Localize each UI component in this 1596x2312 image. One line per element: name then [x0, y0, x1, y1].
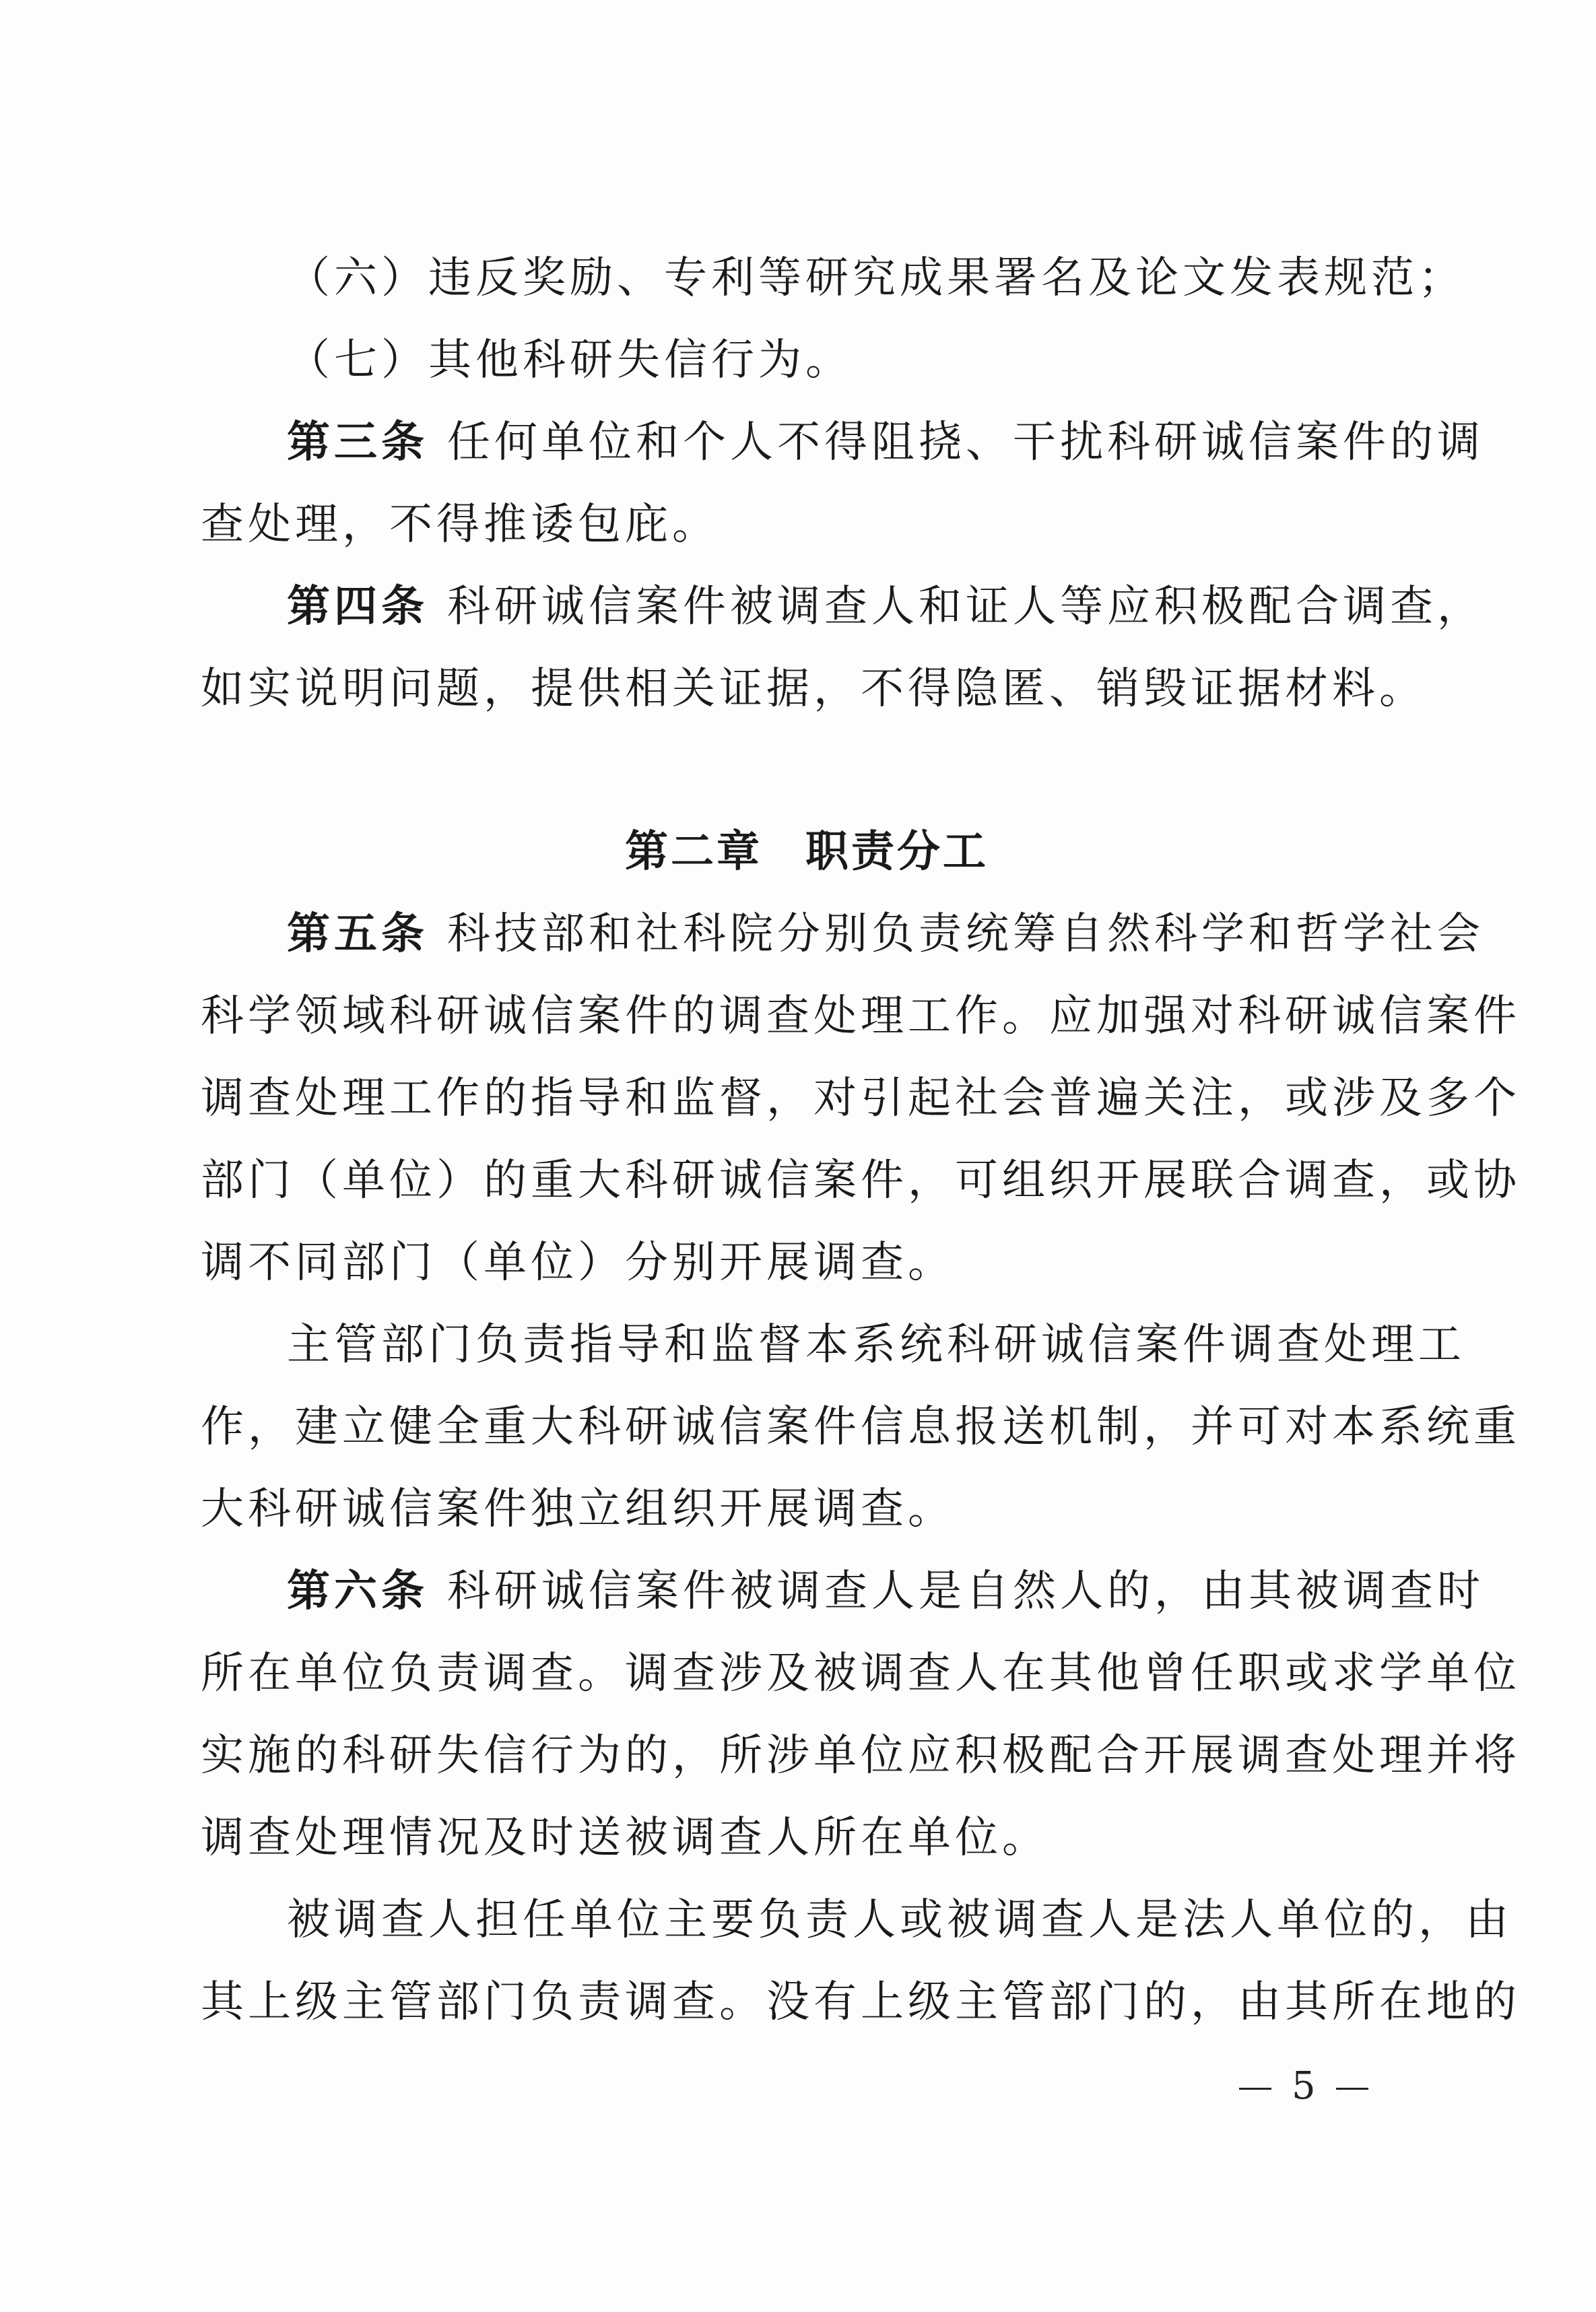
article-text: 实施的科研失信行为的，所涉单位应积极配合开展调查处理并将 [201, 1731, 1521, 1781]
list-item-7: （七）其他科研失信行为。 [201, 319, 1413, 401]
paragraph-legal-entity-line-2: 其上级主管部门负责调查。没有上级主管部门的，由其所在地的 [201, 1961, 1413, 2043]
article-label: 第五条 [287, 909, 428, 959]
article-label: 第三条 [287, 418, 428, 467]
chapter-title: 职责分工 [805, 827, 989, 877]
article-4-line-2: 如实说明问题，提供相关证据，不得隐匿、销毁证据材料。 [201, 648, 1413, 730]
article-text: 所在单位负责调查。调查涉及被调查人在其他曾任职或求学单位 [201, 1649, 1521, 1698]
article-text: 如实说明问题，提供相关证据，不得隐匿、销毁证据材料。 [201, 664, 1426, 714]
page-number: 5 [1219, 2059, 1389, 2113]
paragraph-text: 其上级主管部门负责调查。没有上级主管部门的，由其所在地的 [201, 1977, 1521, 2027]
article-text: 调不同部门（单位）分别开展调查。 [201, 1238, 955, 1288]
dash-right [1336, 2088, 1368, 2090]
article-5-line-3: 调查处理工作的指导和监督，对引起社会普遍关注，或涉及多个 [201, 1057, 1413, 1140]
article-text: 调查处理工作的指导和监督，对引起社会普遍关注，或涉及多个 [201, 1074, 1521, 1123]
chapter-number: 第二章 [625, 827, 762, 877]
article-text: 科研诚信案件被调查人和证人等应积极配合调查， [447, 582, 1484, 632]
article-label: 第四条 [287, 582, 428, 632]
paragraph-text: 作，建立健全重大科研诚信案件信息报送机制，并可对本系统重 [201, 1402, 1521, 1452]
section-spacer [201, 730, 1413, 811]
article-6-line-4: 调查处理情况及时送被调查人所在单位。 [201, 1797, 1413, 1879]
paragraph-legal-entity-line-1: 被调查人担任单位主要负责人或被调查人是法人单位的，由 [201, 1879, 1413, 1961]
page-number-value: 5 [1292, 2064, 1316, 2108]
article-text: 部门（单位）的重大科研诚信案件，可组织开展联合调查，或协 [201, 1156, 1521, 1205]
paragraph-text: 主管部门负责指导和监督本系统科研诚信案件调查处理工 [287, 1320, 1465, 1370]
list-item-6: （六）违反奖励、专利等研究成果署名及论文发表规范； [201, 237, 1413, 319]
document-page: （六）违反奖励、专利等研究成果署名及论文发表规范； （七）其他科研失信行为。 第… [0, 0, 1596, 2312]
paragraph-supervision-line-1: 主管部门负责指导和监督本系统科研诚信案件调查处理工 [201, 1304, 1413, 1386]
chapter-heading: 第二章职责分工 [201, 811, 1413, 893]
document-body: （六）违反奖励、专利等研究成果署名及论文发表规范； （七）其他科研失信行为。 第… [201, 237, 1413, 2043]
article-6-line-3: 实施的科研失信行为的，所涉单位应积极配合开展调查处理并将 [201, 1715, 1413, 1797]
article-4-line-1: 第四条科研诚信案件被调查人和证人等应积极配合调查， [201, 566, 1413, 648]
article-6-line-1: 第六条科研诚信案件被调查人是自然人的，由其被调查时 [201, 1550, 1413, 1632]
article-text: 科技部和社科院分别负责统筹自然科学和哲学社会 [447, 909, 1484, 959]
dash-left [1239, 2088, 1271, 2090]
list-item-text: （六）违反奖励、专利等研究成果署名及论文发表规范； [287, 253, 1465, 303]
paragraph-supervision-line-3: 大科研诚信案件独立组织开展调查。 [201, 1468, 1413, 1550]
article-3-line-1: 第三条任何单位和个人不得阻挠、干扰科研诚信案件的调 [201, 401, 1413, 484]
paragraph-supervision-line-2: 作，建立健全重大科研诚信案件信息报送机制，并可对本系统重 [201, 1386, 1413, 1468]
article-6-line-2: 所在单位负责调查。调查涉及被调查人在其他曾任职或求学单位 [201, 1632, 1413, 1715]
article-text: 科研诚信案件被调查人是自然人的，由其被调查时 [447, 1566, 1484, 1616]
article-5-line-2: 科学领域科研诚信案件的调查处理工作。应加强对科研诚信案件 [201, 975, 1413, 1057]
article-3-line-2: 查处理，不得推诿包庇。 [201, 484, 1413, 566]
paragraph-text: 大科研诚信案件独立组织开展调查。 [201, 1484, 955, 1534]
article-text: 科学领域科研诚信案件的调查处理工作。应加强对科研诚信案件 [201, 991, 1521, 1041]
paragraph-text: 被调查人担任单位主要负责人或被调查人是法人单位的，由 [287, 1895, 1512, 1945]
article-text: 任何单位和个人不得阻挠、干扰科研诚信案件的调 [447, 418, 1484, 467]
article-5-line-1: 第五条科技部和社科院分别负责统筹自然科学和哲学社会 [201, 893, 1413, 975]
article-5-line-5: 调不同部门（单位）分别开展调查。 [201, 1222, 1413, 1304]
article-label: 第六条 [287, 1566, 428, 1616]
article-5-line-4: 部门（单位）的重大科研诚信案件，可组织开展联合调查，或协 [201, 1140, 1413, 1222]
article-text: 查处理，不得推诿包庇。 [201, 500, 719, 550]
list-item-text: （七）其他科研失信行为。 [287, 335, 853, 385]
article-text: 调查处理情况及时送被调查人所在单位。 [201, 1813, 1049, 1863]
